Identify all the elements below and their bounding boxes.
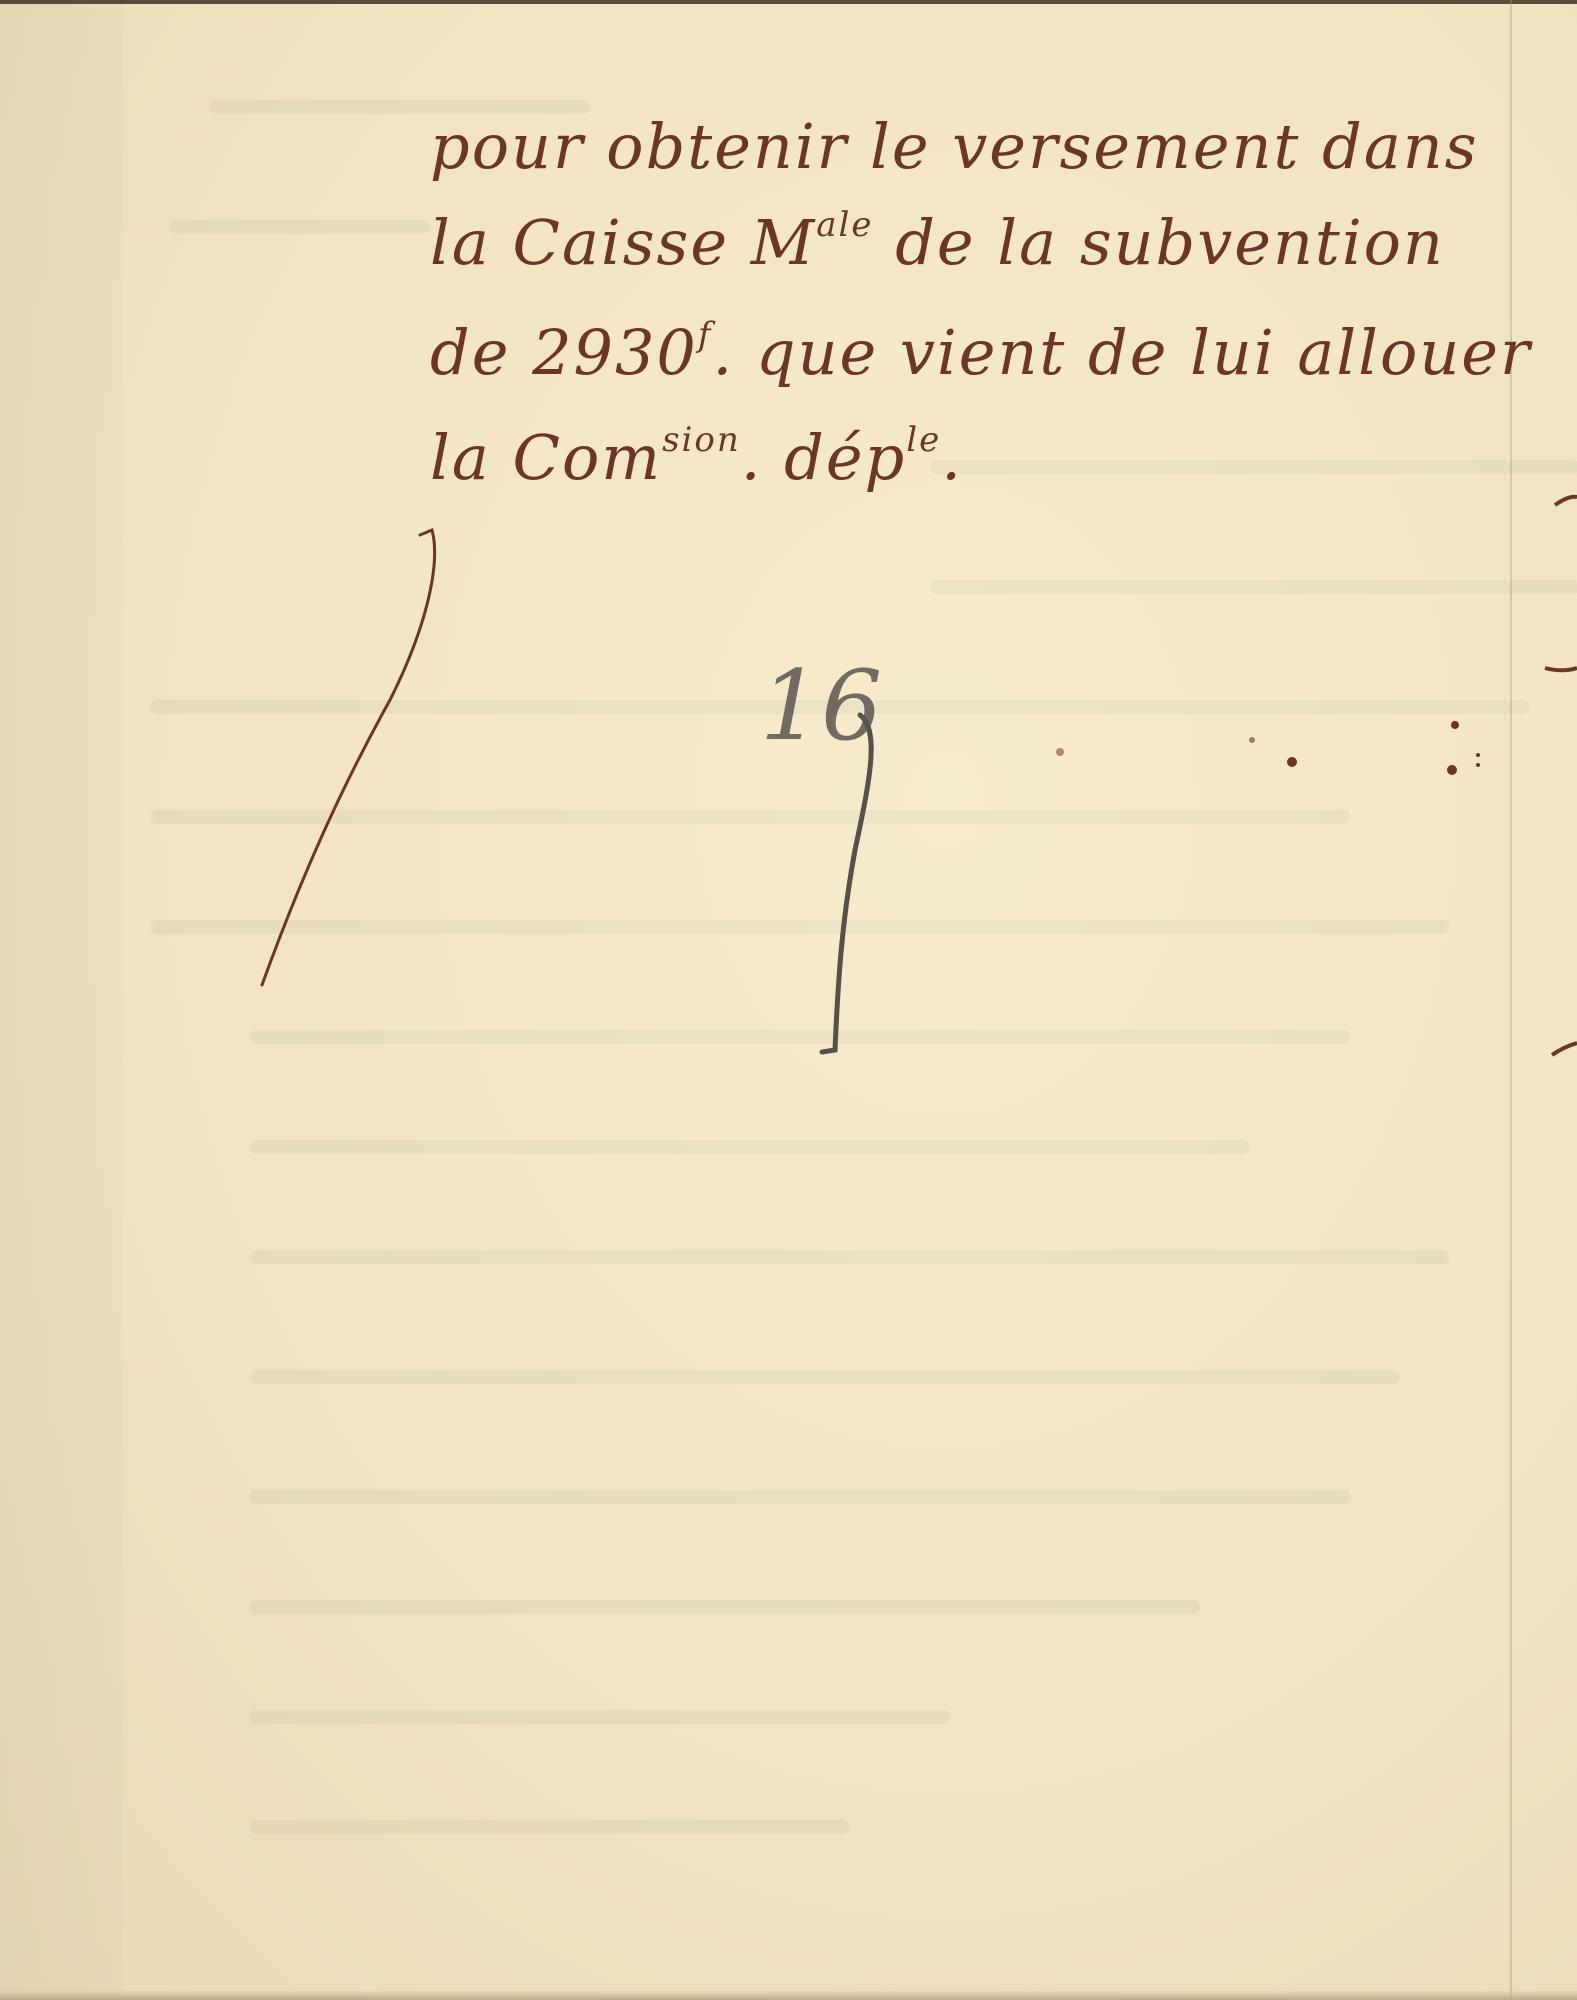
pencil-bracket-stroke xyxy=(822,715,871,1052)
right-margin-stroke-1 xyxy=(1555,497,1577,505)
closing-flourish-stroke xyxy=(262,530,435,985)
pencil-page-number: 16 xyxy=(760,650,882,762)
right-margin-stroke-2 xyxy=(1545,668,1577,670)
page-bottom-edge xyxy=(0,1990,1577,2000)
pen-strokes xyxy=(0,0,1577,2000)
document-page: pour obtenir le versement dans la Caisse… xyxy=(0,0,1577,2000)
right-margin-stroke-3 xyxy=(1552,1043,1577,1055)
